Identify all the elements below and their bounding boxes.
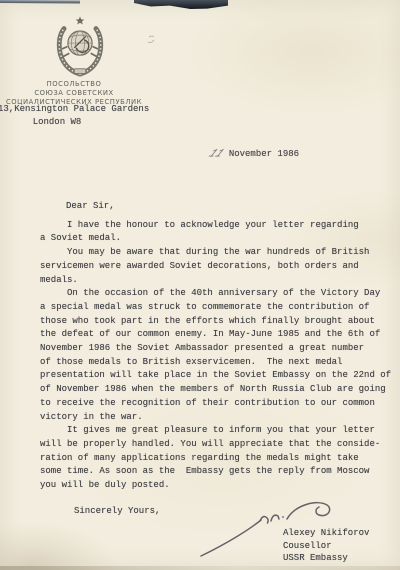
embassy-name-line2: СОЮЗА СОВЕТСКИХ [0,89,150,98]
signatory-title: Cousellor [283,540,369,553]
signatory-name: Alexey Nikiforov [283,527,369,540]
faint-pencil-mark [145,33,159,47]
date-line: 11November 1986 [210,149,299,159]
letter-paragraph: It gives me great pleasure to inform you… [40,424,392,493]
letter-paragraph: I have the honour to acknowledge your le… [40,219,392,246]
ussr-state-emblem-icon [52,15,108,77]
handwritten-day: 11 [206,148,227,161]
scan-bottom-shadow [0,566,400,570]
address-city: London W8 [0,116,116,129]
letter-page: ПОСОЛЬСТВО СОЮЗА СОВЕТСКИХ СОЦИАЛИСТИЧЕС… [0,0,400,570]
letter-body: Dear Sir, I have the honour to acknowled… [40,200,392,493]
embassy-name-line1: ПОСОЛЬСТВО [0,80,150,89]
signatory-organization: USSR Embassy [283,552,369,565]
date-typed: November 1986 [229,149,299,159]
letter-paragraph: On the occasion of the 40th anniversary … [40,287,392,424]
embassy-address: 13,Kensington Palace Gardens London W8 [0,103,164,128]
address-street: 13,Kensington Palace Gardens [0,104,149,114]
signature-block: Alexey Nikiforov Cousellor USSR Embassy [283,527,369,565]
valediction: Sincerely Yours, [74,506,160,516]
letter-paragraph: You may be aware that during the war hun… [40,246,392,287]
scan-torn-edge-center [134,0,228,9]
salutation: Dear Sir, [40,200,392,214]
scan-torn-edge-left [0,0,80,3]
